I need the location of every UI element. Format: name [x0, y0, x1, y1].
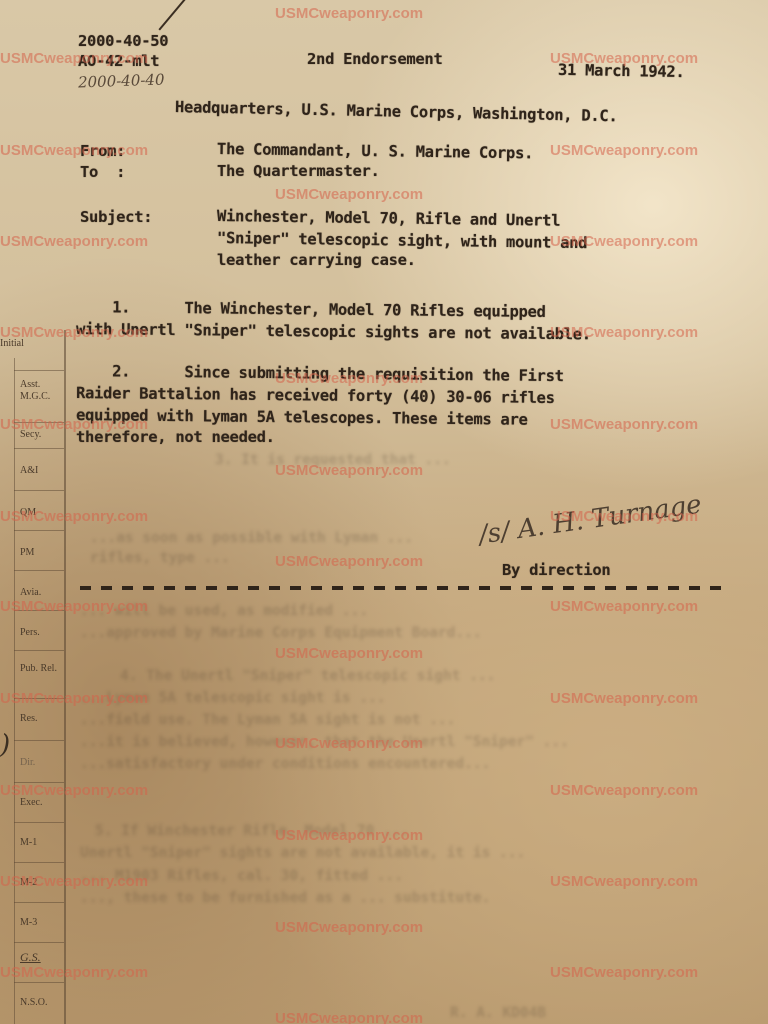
routing-cell-res: Res.: [14, 698, 64, 740]
watermark: USMCweaponry.com: [550, 873, 698, 890]
watermark: USMCweaponry.com: [275, 5, 423, 22]
ghost-line: ... will be used, as modified ...: [80, 603, 368, 619]
subject-line: Winchester, Model 70, Rifle and Unertl: [217, 207, 560, 230]
routing-cell-exec: Exec.: [14, 782, 64, 822]
routing-cell-qm: QM: [14, 490, 64, 530]
watermark: USMCweaponry.com: [275, 645, 423, 662]
watermark: USMCweaponry.com: [550, 690, 698, 707]
ghost-line: ...Lyman 5A telescopic sight is ...: [80, 690, 386, 706]
watermark: USMCweaponry.com: [275, 1010, 423, 1024]
watermark: USMCweaponry.com: [550, 782, 698, 799]
ghost-line: ...field use. The Lyman 5A sight is not …: [80, 712, 455, 728]
document-date: 31 March 1942.: [558, 61, 685, 81]
routing-cell-pm: PM: [14, 530, 64, 570]
ghost-line: 4. The Unertl "Sniper" telescopic sight …: [120, 668, 495, 684]
routing-cell-asst-mgc: Asst. M.G.C.: [14, 370, 64, 422]
subject-line: "Sniper" telescopic sight, with mount an…: [217, 229, 588, 252]
paragraph-line: 1. The Winchester, Model 70 Rifles equip…: [76, 298, 546, 321]
routing-cell-secy: Secy.: [14, 422, 64, 448]
paragraph-line: Raider Battalion has received forty (40)…: [76, 384, 555, 407]
ghost-line: ... M1903 Rifles, cal. 30, fitted ...: [80, 868, 403, 884]
paragraph-line: 2. Since submitting the requisition the …: [76, 362, 564, 385]
routing-cell-ai: A&I: [14, 448, 64, 490]
watermark: USMCweaponry.com: [550, 416, 698, 433]
watermark: USMCweaponry.com: [0, 233, 148, 250]
file-number-2: AO-42-mlt: [78, 52, 159, 70]
pen-stroke: [158, 0, 189, 31]
routing-cell-avia: Avia.: [14, 570, 64, 610]
routing-cell-nso: N.S.O.: [14, 982, 64, 1024]
paragraph-line: equipped with Lyman 5A telescopes. These…: [76, 406, 528, 429]
watermark: USMCweaponry.com: [275, 186, 423, 203]
routing-slip: Initial Asst. M.G.C. Secy. A&I QM PM Avi…: [0, 330, 66, 1024]
endorsement-title: 2nd Endorsement: [307, 50, 442, 68]
ghost-line: 3. It is requested that ...: [215, 452, 451, 468]
subject-line: leather carrying case.: [217, 251, 416, 269]
watermark: USMCweaponry.com: [275, 919, 423, 936]
routing-slip-header: Initial: [0, 338, 24, 349]
ghost-line: 5. If Winchester Rifle, Model 70 ...: [95, 823, 409, 839]
watermark: USMCweaponry.com: [0, 142, 148, 159]
to-label: To :: [80, 163, 125, 181]
ghost-line: ...approved by Marine Corps Equipment Bo…: [80, 625, 482, 641]
watermark: USMCweaponry.com: [550, 964, 698, 981]
pen-mark: ): [0, 730, 10, 760]
routing-cell-gs: G.S.: [14, 942, 64, 982]
ghost-line: ...satisfactory under conditions encount…: [80, 756, 490, 772]
to-value: The Quartermaster.: [217, 162, 380, 180]
watermark: USMCweaponry.com: [550, 142, 698, 159]
routing-cell-m2: M-2: [14, 862, 64, 902]
signature-handwritten: /s/ A. H. Turnage: [477, 490, 703, 551]
routing-cell-pers: Pers.: [14, 610, 64, 650]
watermark: USMCweaponry.com: [550, 598, 698, 615]
routing-cell-m3: M-3: [14, 902, 64, 942]
origin-line: Headquarters, U.S. Marine Corps, Washing…: [175, 98, 618, 125]
from-label: From:: [80, 142, 125, 160]
ghost-line: ...it is believed, however, that the Une…: [80, 734, 569, 750]
routing-cell-pub-rel: Pub. Rel.: [14, 650, 64, 698]
ghost-line: R. A. KD04B: [450, 1005, 546, 1021]
file-number-1: 2000-40-50: [78, 32, 168, 50]
routing-cell-dir: Dir.: [14, 740, 64, 782]
ghost-line: ..., these to be furnished as a ... subs…: [80, 890, 490, 906]
file-number-handwritten: 2000-40-40: [78, 70, 165, 91]
routing-cell-m1: M-1: [14, 822, 64, 862]
ghost-line: ...as soon as possible with Lyman ...: [90, 530, 413, 546]
watermark: USMCweaponry.com: [275, 553, 423, 570]
ghost-line: Unertl "Sniper" sights are not available…: [80, 845, 525, 861]
ghost-line: rifles, type ...: [90, 550, 230, 566]
paragraph-line: with Unertl "Sniper" telescopic sights a…: [76, 320, 591, 343]
dashed-separator: [80, 586, 730, 590]
paragraph-line: therefore, not needed.: [76, 428, 275, 446]
subject-label: Subject:: [80, 208, 152, 226]
from-value: The Commandant, U. S. Marine Corps.: [217, 140, 533, 162]
signature-line: By direction: [502, 561, 610, 579]
